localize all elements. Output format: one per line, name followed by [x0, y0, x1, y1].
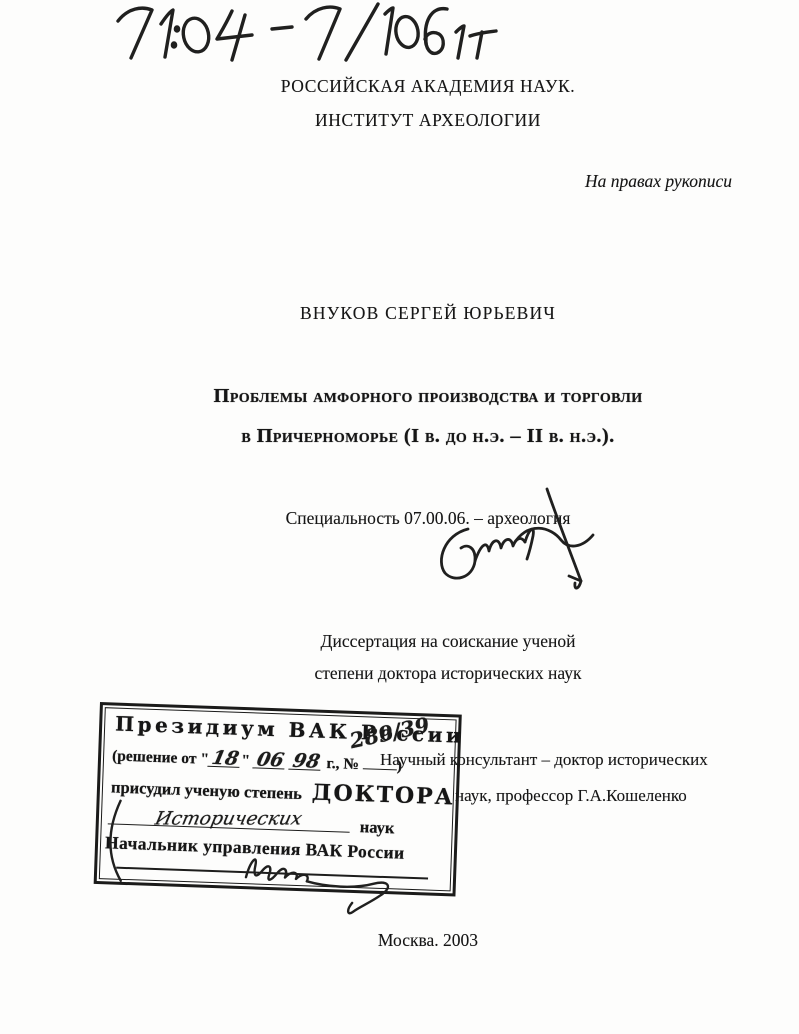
dissertation-line1: Диссертация на соискание ученой [78, 631, 799, 652]
manuscript-note: На правах рукописи [0, 171, 732, 192]
stamp-inner-border: Президиум ВАК России (решение от "18" 06… [99, 707, 457, 891]
specialty-line: Специальность 07.00.06. – археология [55, 508, 799, 529]
official-signature-handwriting [100, 708, 458, 892]
author-signature-handwriting [428, 487, 603, 597]
call-number-handwriting [104, 0, 504, 66]
organization-line1: РОССИЙСКАЯ АКАДЕМИЯ НАУК. [55, 76, 799, 97]
vak-approval-stamp: Президиум ВАК России (решение от "18" 06… [94, 702, 462, 897]
title-line1: Проблемы амфорного производства и торгов… [55, 385, 799, 408]
title-line2: в Причерноморье (I в. до н.э. – II в. н.… [55, 425, 799, 448]
consultant-line2: наук, профессор Г.А.Кошеленко [455, 786, 687, 806]
scanned-title-page: РОССИЙСКАЯ АКАДЕМИЯ НАУК. ИНСТИТУТ АРХЕО… [0, 0, 799, 1034]
organization-line2: ИНСТИТУТ АРХЕОЛОГИИ [55, 110, 799, 131]
dissertation-line2: степени доктора исторических наук [78, 663, 799, 684]
city-year: Москва. 2003 [55, 930, 799, 951]
author-name: ВНУКОВ СЕРГЕЙ ЮРЬЕВИЧ [55, 303, 799, 324]
